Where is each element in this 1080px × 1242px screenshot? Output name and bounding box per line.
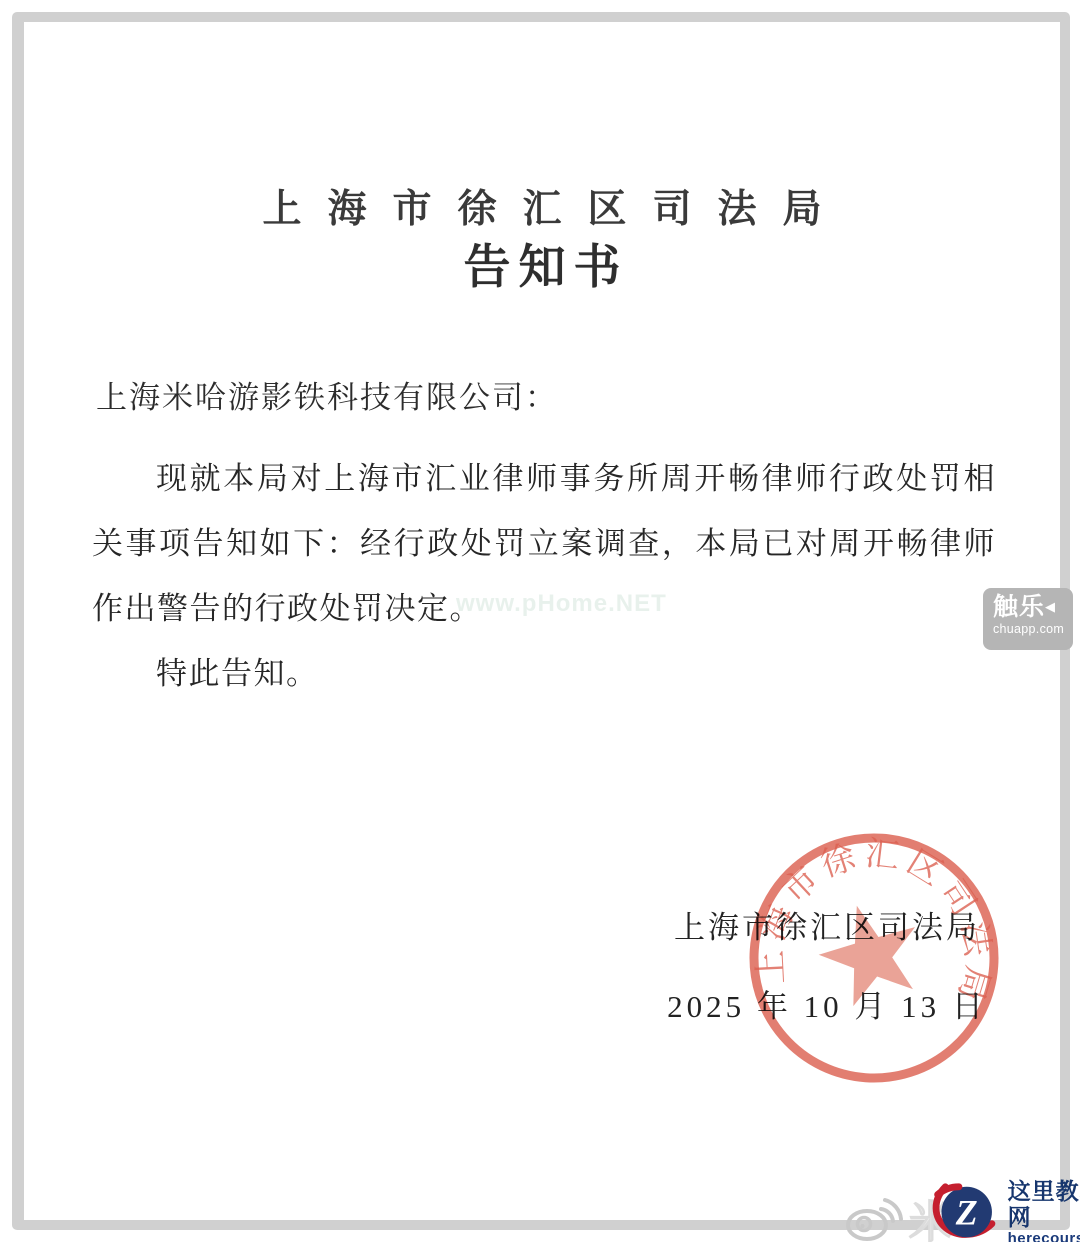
signature-date: 2025 年 10 月 13 日: [662, 981, 992, 1026]
herecours-domain: herecours.com: [1008, 1230, 1080, 1242]
document-body: 现就本局对上海市汇业律师事务所周开畅律师行政处罚相关事项告知如下：经行政处罚立案…: [92, 446, 996, 706]
document-page: 上海市徐汇区司法局 告知书 上海米哈游影铁科技有限公司： 现就本局对上海市汇业律…: [24, 22, 1060, 1220]
chuapp-watermark-tab: 触乐◀ chuapp.com: [983, 588, 1073, 650]
signature-agency: 上海市徐汇区司法局: [662, 902, 992, 947]
chuapp-logo-text: 触乐: [993, 593, 1045, 621]
herecours-watermark: Z 这里教程网 herecours.com: [924, 1178, 1080, 1242]
faint-center-watermark: www.pHome.NET: [456, 590, 667, 618]
document-title: 告知书: [24, 230, 1060, 297]
addressee-line: 上海米哈游影铁科技有限公司：: [96, 372, 558, 417]
body-paragraph-closing: 特此告知。: [92, 641, 996, 706]
signature-block: 上海市徐汇区司法局 2025 年 10 月 13 日: [662, 902, 992, 1026]
chuapp-domain: chuapp.com: [993, 622, 1073, 636]
chuapp-triangle-icon: ◀: [1045, 599, 1055, 614]
weibo-icon: [845, 1193, 903, 1242]
herecours-z-letter: Z: [955, 1192, 978, 1232]
herecours-site-name: 这里教程网: [1008, 1178, 1080, 1230]
agency-title: 上海市徐汇区司法局: [24, 178, 1060, 234]
herecours-z-logo-icon: Z: [924, 1180, 1004, 1242]
